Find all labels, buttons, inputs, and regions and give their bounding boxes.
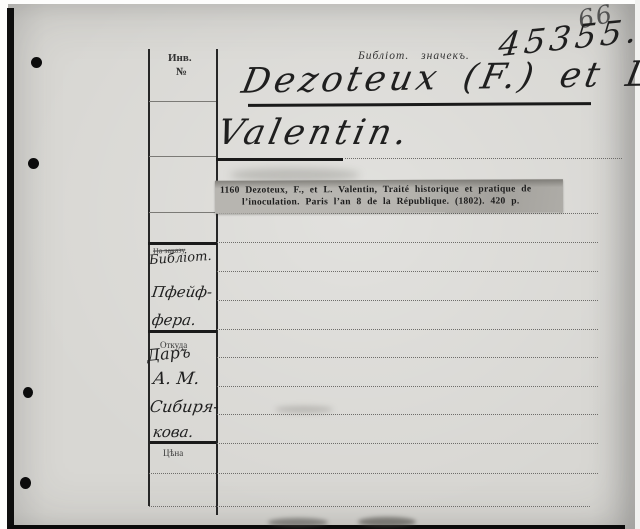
inv-column-right-rule: [216, 49, 218, 515]
ruled-line: [345, 158, 622, 159]
scan-smudge: [358, 517, 416, 527]
author2-underline: [216, 158, 343, 161]
punch-hole: [28, 158, 39, 169]
ruled-line: [217, 443, 598, 444]
ruled-line: [217, 357, 598, 358]
ruled-line: [149, 506, 590, 507]
author-heading: Dezoteux (F.) et L.: [238, 54, 640, 101]
section-rule: [148, 330, 217, 333]
price-field-label: Цѣна: [163, 448, 183, 458]
inv-rule: [149, 101, 216, 102]
section-rule-kova-underline: [150, 441, 216, 444]
ruled-line: [217, 300, 598, 301]
pasted-clipping: 1160 Dezoteux, F., et L. Valentin, Trait…: [215, 179, 563, 214]
origin-handwriting: кова.: [152, 423, 195, 441]
inv-column-left-rule: [148, 49, 150, 506]
scan-shadow-edge: [7, 8, 14, 529]
inventory-label: Инв.: [168, 52, 192, 64]
punch-hole: [31, 57, 42, 68]
ruled-line: [217, 242, 598, 243]
origin-handwriting: А. М.: [152, 369, 201, 389]
clipping-line-1: 1160 Dezoteux, F., et L. Valentin, Trait…: [215, 179, 563, 197]
inv-rule: [149, 212, 216, 213]
inv-rule: [149, 156, 216, 157]
punch-hole: [20, 477, 31, 489]
ruled-line: [217, 329, 598, 330]
origin-handwriting: Даръ: [146, 342, 191, 365]
library-catalog-card-scan: 66 45355. Библіот. значекъ. Dezoteux (F.…: [0, 0, 640, 529]
provenance-handwriting: фера.: [151, 311, 197, 329]
punch-hole: [23, 387, 33, 398]
origin-handwriting: Сибиря-: [149, 397, 221, 416]
ruled-line: [217, 386, 598, 387]
author-heading-2: Valentin.: [214, 113, 415, 153]
inventory-number-sign: №: [176, 66, 187, 78]
ruled-line: [149, 473, 598, 474]
scan-smudge: [275, 406, 333, 413]
scan-smudge: [268, 518, 328, 527]
ruled-line: [217, 271, 598, 272]
clipping-line-2: l’inoculation. Paris l’an 8 de la Républ…: [215, 195, 563, 209]
ruled-line: [217, 414, 598, 415]
provenance-handwriting: Пфейф-: [151, 283, 214, 301]
